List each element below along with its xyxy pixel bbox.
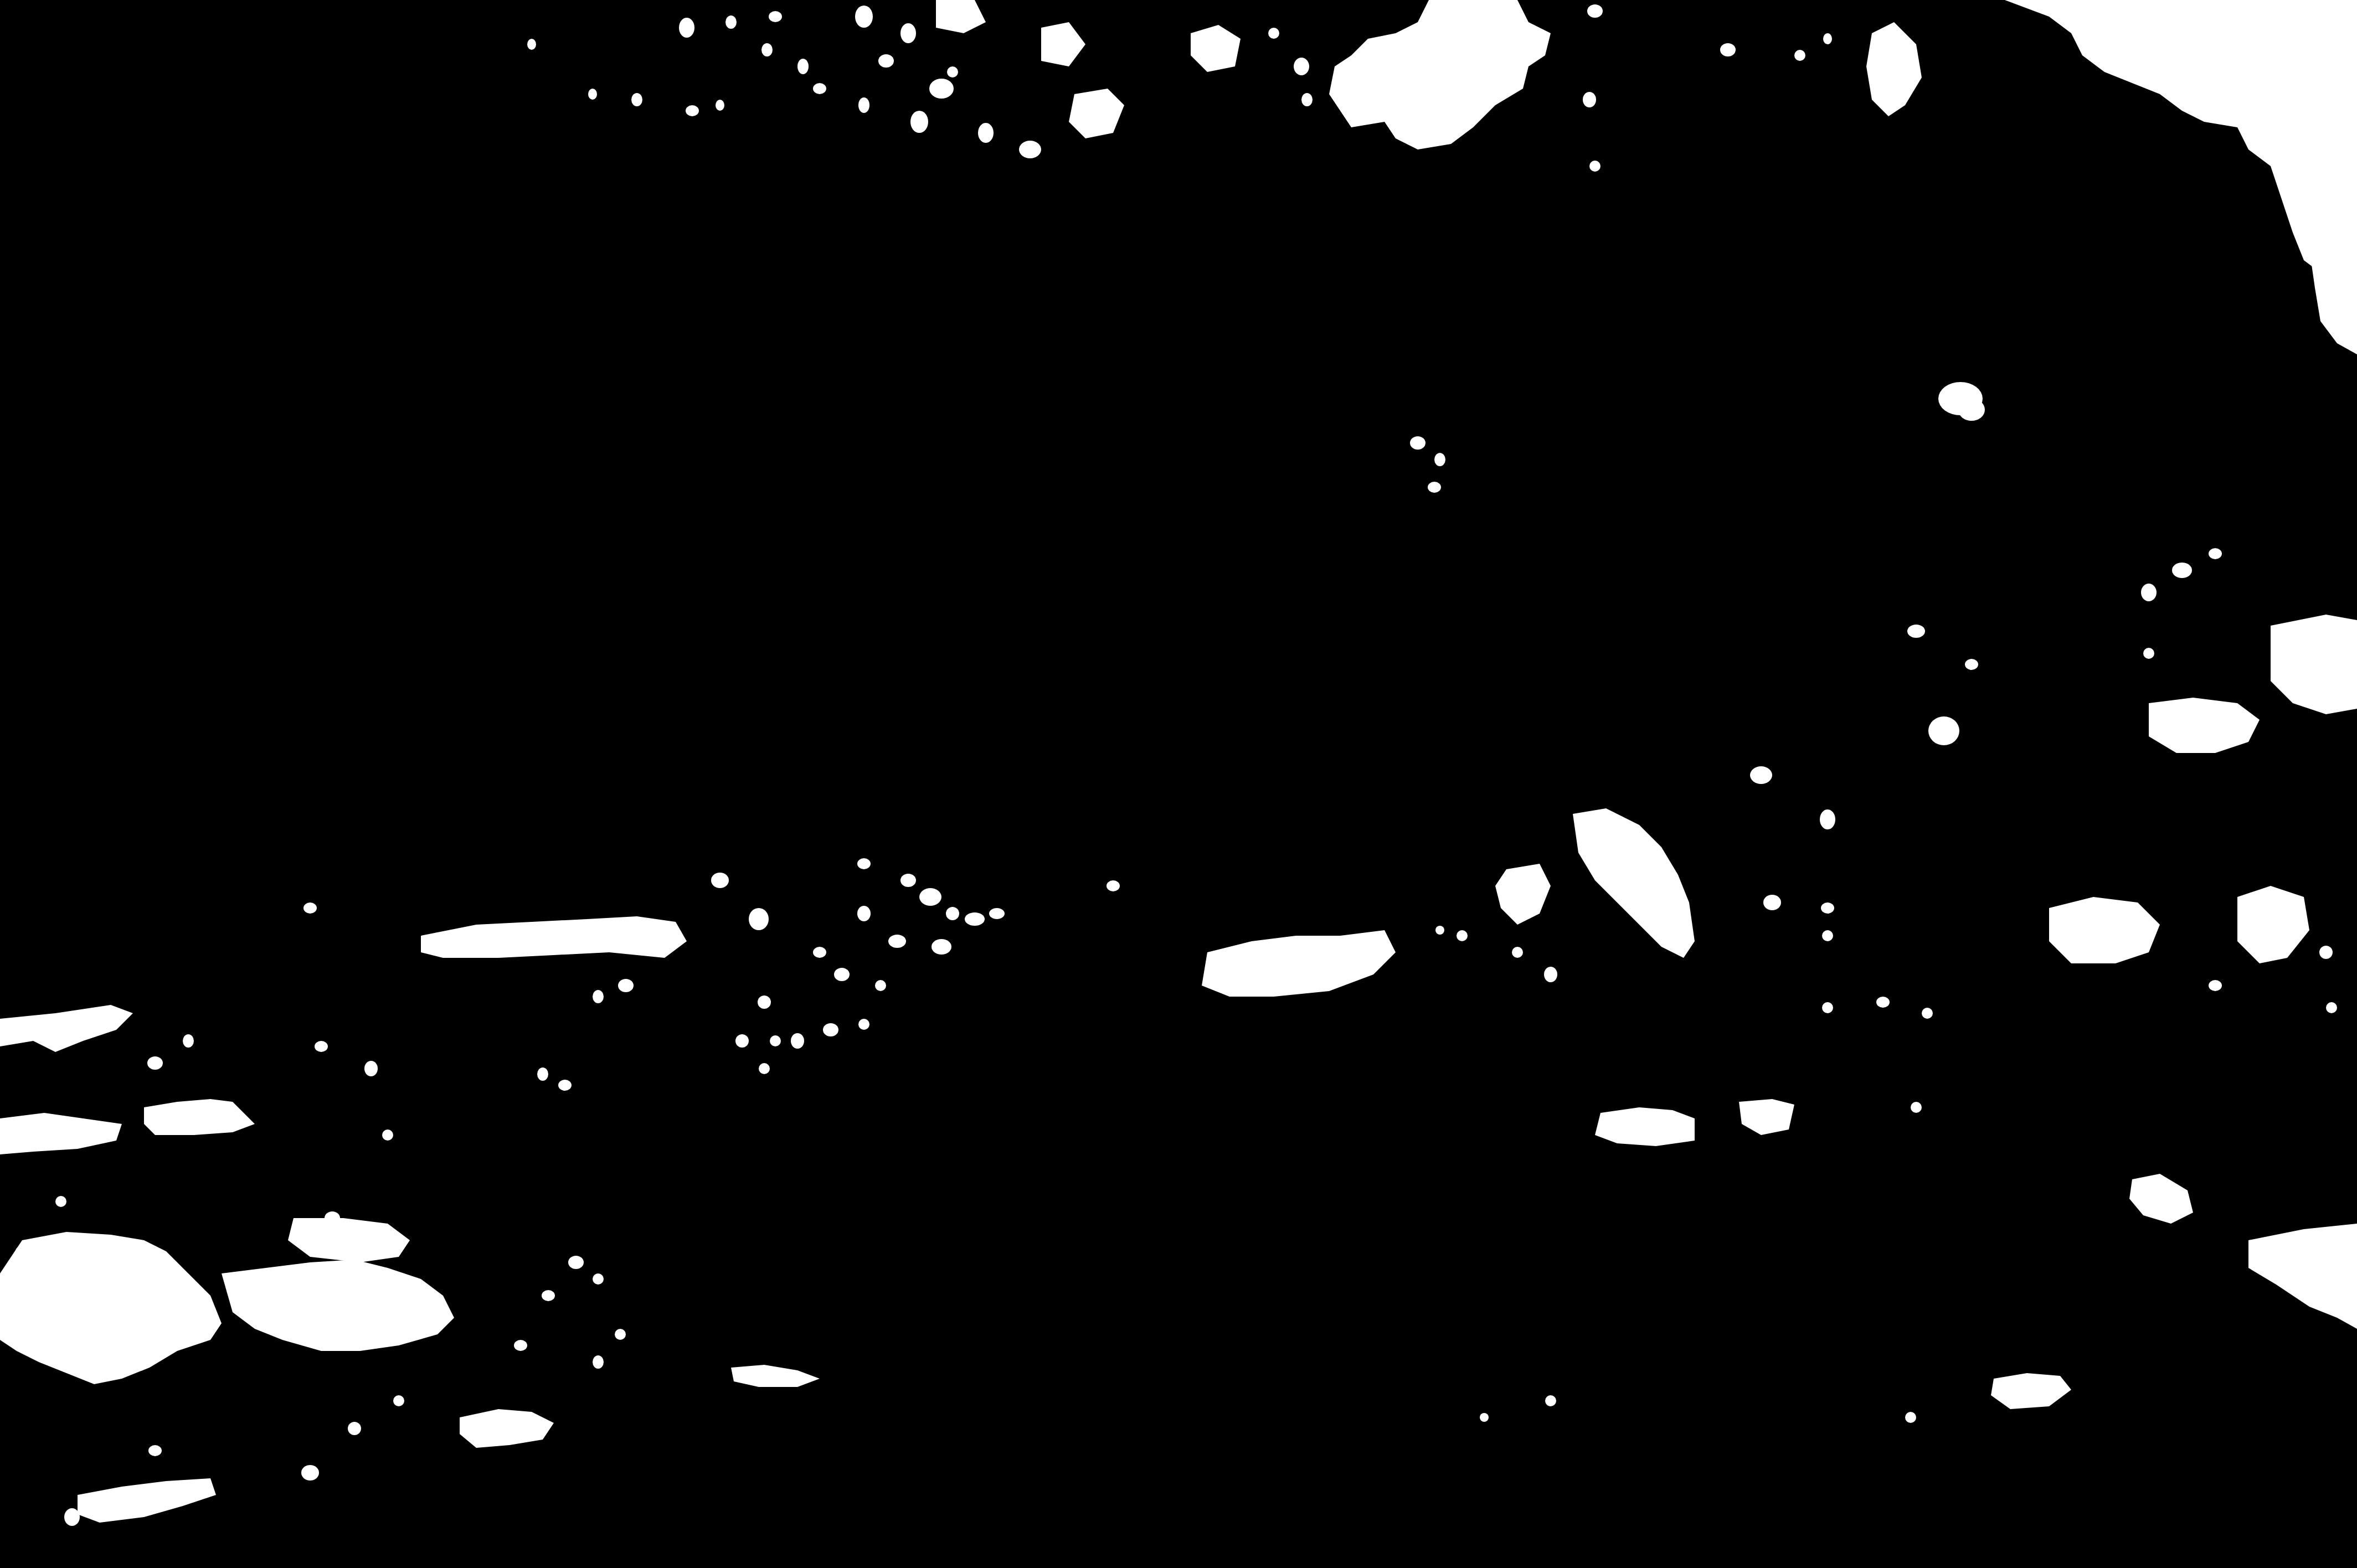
mask-speckle bbox=[1545, 1395, 1556, 1406]
mask-speckle bbox=[857, 858, 871, 869]
mask-speckle bbox=[759, 1063, 770, 1074]
mask-speckle bbox=[858, 1019, 869, 1030]
mask-speckle bbox=[1876, 997, 1890, 1008]
mask-speckle bbox=[1822, 1002, 1833, 1013]
mask-speckle bbox=[1301, 93, 1313, 106]
mask-speckle bbox=[568, 1256, 584, 1269]
mask-speckle bbox=[1822, 930, 1833, 941]
mask-speckle bbox=[527, 39, 536, 50]
mask-speckle bbox=[2172, 563, 2192, 578]
mask-speckle bbox=[1922, 1008, 1933, 1019]
mask-speckle bbox=[978, 123, 994, 143]
mask-speckle bbox=[1410, 436, 1425, 450]
mask-speckle bbox=[946, 907, 959, 920]
mask-speckle bbox=[618, 979, 634, 992]
binary-mask-image bbox=[0, 0, 2357, 1568]
mask-speckle bbox=[791, 1033, 804, 1049]
mask-speckle bbox=[813, 947, 826, 958]
mask-speckle bbox=[1294, 58, 1309, 75]
mask-speckle bbox=[303, 902, 317, 914]
mask-speckle bbox=[1821, 902, 1834, 914]
mask-speckle bbox=[910, 111, 928, 133]
mask-speckle bbox=[2319, 946, 2333, 959]
mask-speckle bbox=[301, 1465, 319, 1481]
mask-speckle bbox=[735, 1034, 749, 1048]
mask-speckle bbox=[1589, 161, 1601, 172]
mask-speckle bbox=[1958, 399, 1985, 421]
mask-speckle bbox=[1905, 1412, 1916, 1423]
mask-speckle bbox=[989, 908, 1005, 919]
mask-speckle bbox=[711, 873, 729, 888]
mask-speckle bbox=[1907, 625, 1925, 638]
mask-speckle bbox=[348, 1422, 361, 1435]
mask-speckle bbox=[679, 18, 694, 38]
mask-speckle bbox=[2209, 548, 2222, 559]
mask-speckle bbox=[932, 939, 951, 955]
mask-speckle bbox=[878, 54, 894, 68]
mask-speckle bbox=[364, 1061, 378, 1076]
mask-speckle bbox=[929, 79, 954, 99]
mask-speckle bbox=[900, 874, 916, 887]
mask-speckle bbox=[1820, 809, 1835, 829]
mask-speckle bbox=[919, 888, 941, 906]
mask-speckle bbox=[1428, 45, 1441, 65]
mask-speckle bbox=[770, 1035, 781, 1046]
mask-speckle bbox=[631, 93, 642, 106]
mask-speckle bbox=[965, 912, 985, 926]
mask-speckle bbox=[315, 1041, 328, 1052]
mask-speckle bbox=[813, 83, 826, 94]
mask-speckle bbox=[1587, 4, 1603, 18]
mask-speckle bbox=[2143, 648, 2154, 659]
mask-speckle bbox=[593, 1273, 604, 1285]
mask-speckle bbox=[758, 996, 771, 1009]
mask-speckle bbox=[1434, 453, 1445, 466]
mask-speckle bbox=[55, 1196, 66, 1207]
mask-speckle bbox=[1480, 1413, 1489, 1422]
mask-speckle bbox=[1268, 28, 1279, 39]
mask-speckle bbox=[725, 16, 737, 29]
mask-speckle bbox=[686, 105, 699, 116]
mask-speckle bbox=[1583, 92, 1596, 107]
mask-speckle bbox=[16, 1246, 29, 1257]
mask-speckle bbox=[353, 1285, 367, 1296]
mask-speckle bbox=[749, 908, 769, 930]
mask-speckle bbox=[1750, 766, 1772, 784]
mask-speckle bbox=[797, 59, 809, 74]
mask-speckle bbox=[855, 6, 873, 28]
mask-speckle bbox=[1763, 895, 1781, 910]
mask-speckle bbox=[588, 89, 597, 100]
mask-speckle bbox=[2209, 980, 2222, 991]
mask-speckle bbox=[1019, 141, 1041, 158]
mask-speckle bbox=[183, 1034, 194, 1048]
mask-speckle bbox=[823, 1023, 838, 1036]
mask-speckle bbox=[593, 990, 604, 1003]
mask-speckle bbox=[537, 1067, 548, 1081]
mask-speckle bbox=[593, 1355, 604, 1369]
mask-speckle bbox=[148, 1445, 162, 1456]
mask-speckle bbox=[900, 23, 916, 43]
mask-speckle bbox=[2141, 584, 2157, 601]
mask-speckle bbox=[761, 43, 773, 56]
mask-speckle bbox=[1435, 926, 1444, 935]
mask-speckle bbox=[858, 97, 869, 113]
mask-speckle bbox=[1373, 71, 1385, 84]
mask-speckle bbox=[716, 100, 724, 111]
mask-speckle bbox=[888, 935, 906, 948]
mask-speckle bbox=[1428, 482, 1441, 493]
mask-speckle bbox=[325, 1211, 340, 1225]
mask-speckle bbox=[615, 1329, 626, 1340]
mask-speckle bbox=[147, 1056, 163, 1070]
mask-speckle bbox=[1544, 967, 1557, 982]
mask-speckle bbox=[1823, 33, 1832, 44]
mask-speckle bbox=[1107, 880, 1120, 891]
mask-speckle bbox=[382, 1129, 393, 1141]
mask-speckle bbox=[875, 980, 886, 991]
mask-speckle bbox=[64, 1508, 80, 1526]
mask-speckle bbox=[393, 1395, 404, 1406]
mask-speckle bbox=[2326, 1002, 2337, 1013]
mask-speckle bbox=[1457, 930, 1468, 941]
mask-speckle bbox=[514, 1340, 527, 1351]
mask-speckle bbox=[947, 66, 958, 78]
mask-speckle bbox=[558, 1080, 572, 1091]
mask-speckle bbox=[1965, 659, 1978, 670]
mask-speckle bbox=[857, 906, 871, 921]
mask-speckle bbox=[1911, 1102, 1922, 1113]
mask-speckle bbox=[1794, 50, 1805, 61]
mask-speckle bbox=[769, 11, 782, 22]
mask-speckle bbox=[1512, 947, 1523, 958]
mask-blob bbox=[1595, 1107, 1695, 1146]
mask-speckle bbox=[542, 1290, 555, 1301]
mask-speckle bbox=[1720, 43, 1736, 56]
mask-speckle bbox=[1928, 716, 1959, 745]
mask-speckle bbox=[834, 968, 850, 981]
